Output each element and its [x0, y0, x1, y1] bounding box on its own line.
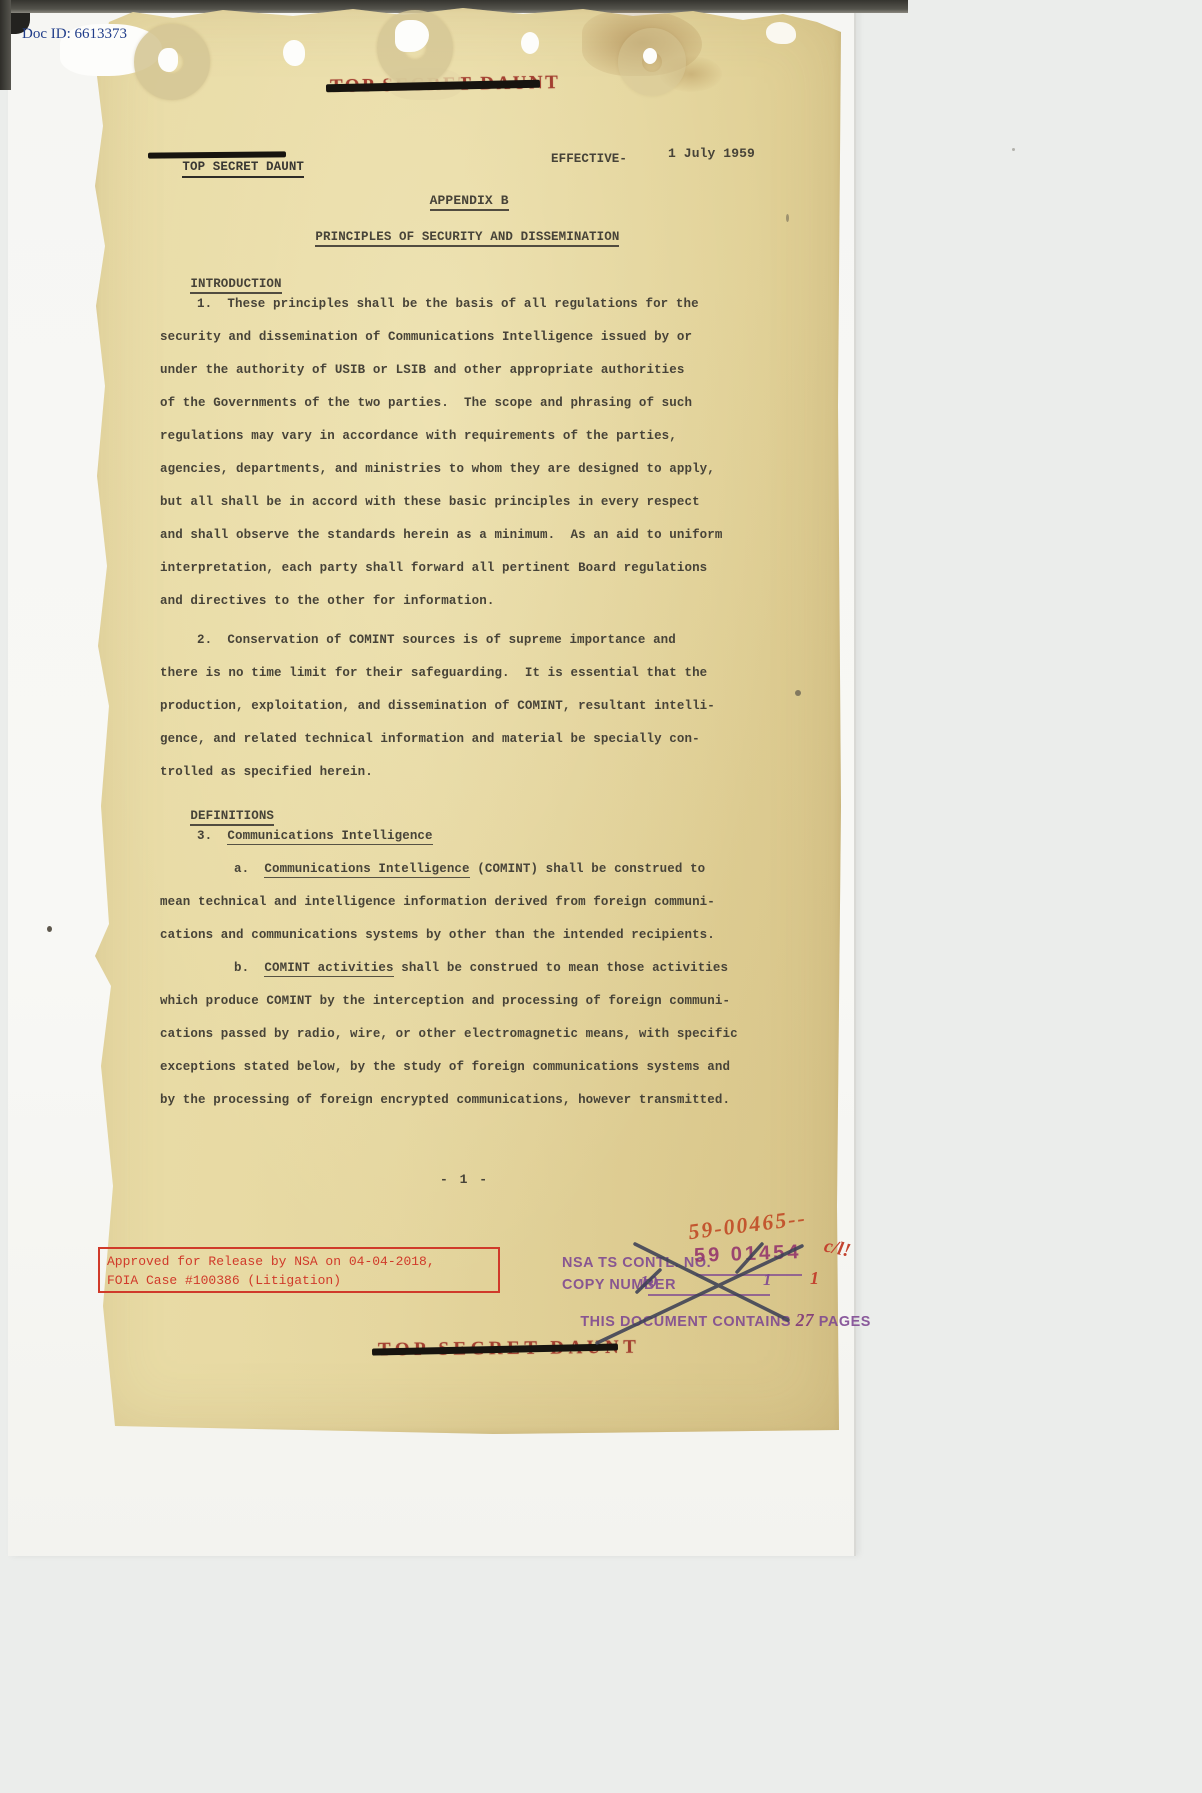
typed-text-line: 1. These principles shall be the basis o… — [160, 297, 723, 330]
strike-line — [148, 151, 286, 158]
typed-classification-text: TOP SECRET DAUNT — [182, 160, 304, 178]
paragraph-a: a. Communications Intelligence (COMINT) … — [160, 862, 715, 961]
typed-text-line: a. Communications Intelligence (COMINT) … — [160, 862, 715, 895]
ink-speck — [47, 926, 52, 932]
typed-text-line: interpretation, each party shall forward… — [160, 561, 723, 594]
paragraph-2: 2. Conservation of COMINT sources is of … — [160, 633, 715, 798]
ink-speck — [795, 690, 801, 696]
typed-text-line: b. COMINT activities shall be construed … — [160, 961, 738, 994]
typed-text-line: exceptions stated below, by the study of… — [160, 1060, 738, 1093]
definitions-heading-text: DEFINITIONS — [190, 809, 274, 826]
page-title-text: PRINCIPLES OF SECURITY AND DISSEMINATION — [315, 230, 619, 247]
typed-text-line: 2. Conservation of COMINT sources is of … — [160, 633, 715, 666]
control-stamp-line1: NSA TS CONTL. NO. — [562, 1254, 711, 1271]
typed-text-line: production, exploitation, and disseminat… — [160, 699, 715, 732]
typed-text-line: and shall observe the standards herein a… — [160, 528, 723, 561]
typed-text-line: but all shall be in accord with these ba… — [160, 495, 723, 528]
control-stamp-line2: COPY NUMBER — [562, 1276, 676, 1293]
sleeve-left-edge — [0, 0, 11, 90]
dust-speck — [1012, 148, 1015, 151]
punch-hole-small — [643, 48, 657, 64]
handwritten-copy-number: 1 — [763, 1270, 772, 1290]
page-title: PRINCIPLES OF SECURITY AND DISSEMINATION — [285, 216, 619, 261]
typed-text-line: trolled as specified herein. — [160, 765, 715, 798]
doc-id-label: Doc ID: 6613373 — [22, 26, 127, 43]
paper-spot — [766, 22, 796, 44]
control-stamp-number: 59 01454 — [694, 1241, 802, 1268]
effective-label: EFFECTIVE- — [551, 152, 627, 166]
ink-speck — [786, 214, 789, 222]
introduction-heading-text: INTRODUCTION — [190, 277, 281, 294]
typed-text-line: mean technical and intelligence informat… — [160, 895, 715, 928]
typed-text-line: of the Governments of the two parties. T… — [160, 396, 723, 429]
handwritten-page-count: 27 — [796, 1310, 814, 1330]
typed-text-line: regulations may vary in accordance with … — [160, 429, 723, 462]
typed-text-line: 3. Communications Intelligence — [160, 829, 433, 862]
stamp-underline — [696, 1274, 802, 1276]
handwritten-copy-number-red: 1 — [810, 1268, 819, 1289]
foia-release-line2: FOIA Case #100386 (Litigation) — [107, 1271, 498, 1290]
typed-text-line: there is no time limit for their safegua… — [160, 666, 715, 699]
page-number: - 1 - — [440, 1172, 489, 1187]
typed-text-line: and directives to the other for informat… — [160, 594, 723, 627]
appendix-heading-text: APPENDIX B — [430, 193, 509, 211]
typed-text-line: gence, and related technical information… — [160, 732, 715, 765]
scanned-document-page: TOP SECRET DAUNT Doc ID: 6613373 TOP SEC… — [0, 0, 1202, 1793]
typed-text-line: agencies, departments, and ministries to… — [160, 462, 723, 495]
typed-text-line: by the processing of foreign encrypted c… — [160, 1093, 738, 1126]
paragraph-1: 1. These principles shall be the basis o… — [160, 297, 723, 627]
typed-text-line: security and dissemination of Communicat… — [160, 330, 723, 363]
control-stamp-line3-prefix: THIS DOCUMENT CONTAINS — [580, 1313, 791, 1330]
typed-text-line: cations passed by radio, wire, or other … — [160, 1027, 738, 1060]
paper-hole — [283, 40, 305, 66]
paper-hole — [521, 32, 539, 54]
foia-release-box: Approved for Release by NSA on 04-04-201… — [98, 1247, 500, 1293]
punch-hole — [158, 48, 178, 72]
handwritten-copy-number-crossed: 10 — [640, 1272, 657, 1292]
typed-text-line: under the authority of USIB or LSIB and … — [160, 363, 723, 396]
typed-text-line: cations and communications systems by ot… — [160, 928, 715, 961]
foia-release-line1: Approved for Release by NSA on 04-04-201… — [107, 1252, 498, 1271]
control-stamp-line3-suffix: PAGES — [819, 1313, 871, 1330]
paragraph-b: b. COMINT activities shall be construed … — [160, 961, 738, 1126]
effective-date: 1 July 1959 — [668, 146, 755, 161]
item-3-heading: 3. Communications Intelligence — [160, 829, 433, 862]
typed-text-line: which produce COMINT by the interception… — [160, 994, 738, 1027]
